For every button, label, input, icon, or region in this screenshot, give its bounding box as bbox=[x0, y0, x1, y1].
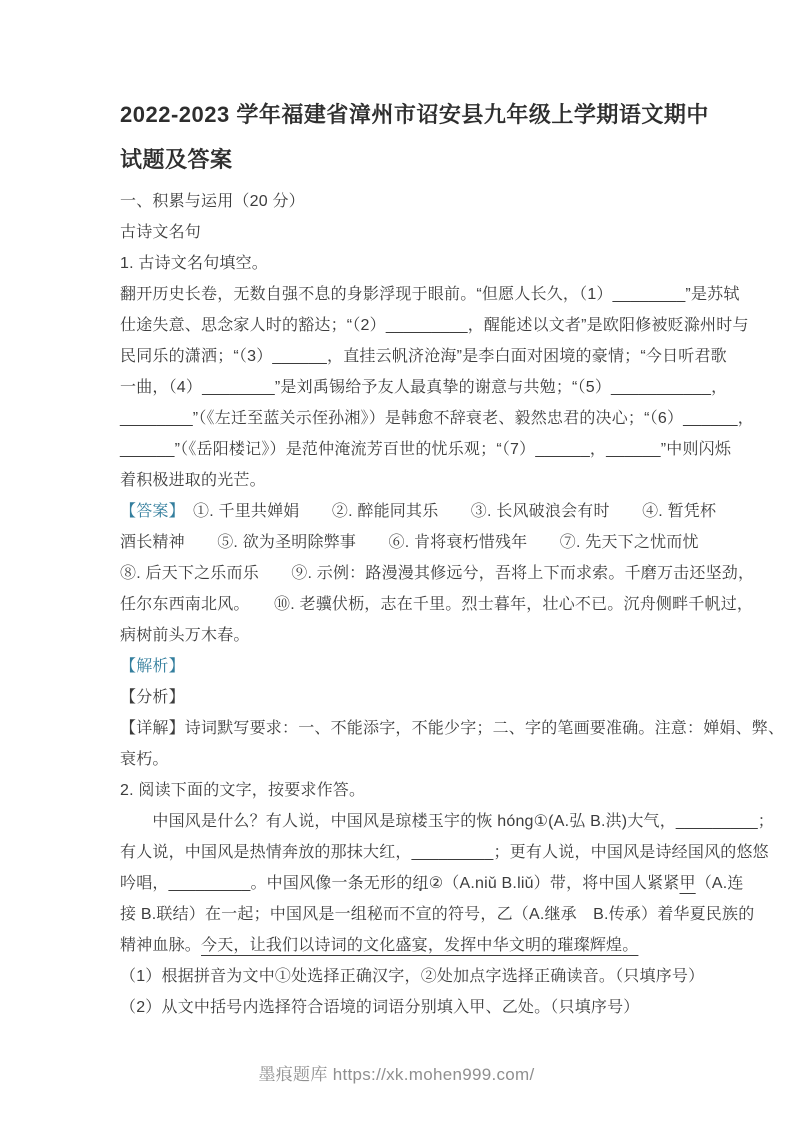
text-segment: 民同乐的潇洒；“（3）______，直挂云帆济沧海”是李白面对困境的豪情；“今日… bbox=[120, 348, 727, 365]
passage-line: 中国风是什么？有人说，中国风是琼楼玉宇的恢 hóng①(A.弘 B.洪)大气，_… bbox=[120, 806, 693, 837]
page-title: 2022-2023 学年福建省漳州市诏安县九年级上学期语文期中 试题及答案 bbox=[120, 92, 693, 182]
passage-line: 精神血脉。今天，让我们以诗词的文化盛宴，发挥中华文明的璀璨辉煌。 bbox=[120, 930, 693, 961]
text-segment: 衰朽。 bbox=[120, 751, 169, 768]
passage-line: 一曲，（4）________”是刘禹锡给予友人最真挚的谢意与共勉；“（5）___… bbox=[120, 372, 693, 403]
passage-line: 有人说，中国风是热情奔放的那抹大红，_________；更有人说，中国风是诗经国… bbox=[120, 837, 693, 868]
page-title-line-1: 2022-2023 学年福建省漳州市诏安县九年级上学期语文期中 bbox=[120, 92, 693, 137]
text-segment: （2）从文中括号内选择符合语境的词语分别填入甲、乙处。（只填序号） bbox=[120, 999, 640, 1016]
text-segment: 有人说，中国风是热情奔放的那抹大红，_________；更有人说，中国风是诗经国… bbox=[120, 844, 769, 861]
passage-line: 接 B.联结）在一起；中国风是一组秘而不宣的符号，乙（A.继承 B.传承）着华夏… bbox=[120, 899, 693, 930]
page-title-line-2: 试题及答案 bbox=[120, 137, 693, 182]
footer-url: https://xk.mohen999.com/ bbox=[333, 1065, 535, 1084]
passage-line: 民同乐的潇洒；“（3）______，直挂云帆济沧海”是李白面对困境的豪情；“今日… bbox=[120, 341, 693, 372]
text-segment: （1）根据拼音为文中①处选择正确汉字，②处加点字选择正确读音。（只填序号） bbox=[120, 968, 704, 985]
text-segment: ________”（《左迁至蓝关示侄孙湘》）是韩愈不辞衰老、毅然忠君的决心；“（… bbox=[120, 410, 754, 427]
text-segment: （A.连 bbox=[696, 875, 744, 892]
passage-line: 翻开历史长卷，无数自强不息的身影浮现于眼前。“但愿人长久，（1）________… bbox=[120, 279, 693, 310]
text-segment: 吟唱，_________。中国风像一条无形的 bbox=[120, 875, 413, 892]
passage-line: 吟唱，_________。中国风像一条无形的纽②（A.niǔ B.liǔ）带，将… bbox=[120, 868, 693, 899]
footer-watermark: 墨痕题库 https://xk.mohen999.com/ bbox=[0, 1063, 793, 1087]
explanation-line: 【详解】诗词默写要求：一、不能添字，不能少字；二、字的笔画要准确。注意：婵娟、弊… bbox=[120, 713, 693, 744]
text-segment: 【分析】 bbox=[120, 689, 185, 706]
text-segment: 酒长精神 ⑤. 欲为圣明除弊事 ⑥. 肯将衰朽惜残年 ⑦. 先天下之忧而忧 bbox=[120, 534, 699, 551]
text-segment: 中国风是什么？有人说，中国风是琼楼玉宇的恢 hóng①(A.弘 B.洪)大气，_… bbox=[120, 813, 774, 830]
answer-line: 酒长精神 ⑤. 欲为圣明除弊事 ⑥. 肯将衰朽惜残年 ⑦. 先天下之忧而忧 bbox=[120, 527, 693, 558]
answer-line: 病树前头万木春。 bbox=[120, 620, 693, 651]
question-2-stem: 2. 阅读下面的文字，按要求作答。 bbox=[120, 775, 693, 806]
answer-line: ⑧. 后天下之乐而乐 ⑨. 示例：路漫漫其修远兮，吾将上下而求索。千磨万击还坚劲… bbox=[120, 558, 693, 589]
text-segment: 着积极进取的光芒。 bbox=[120, 472, 266, 489]
sub-question-line: （2）从文中括号内选择符合语境的词语分别填入甲、乙处。（只填序号） bbox=[120, 992, 693, 1023]
text-segment: 1. 古诗文名句填空。 bbox=[120, 255, 268, 272]
text-segment: 2. 阅读下面的文字，按要求作答。 bbox=[120, 782, 365, 799]
footer-site-name: 墨痕题库 bbox=[258, 1065, 327, 1084]
passage-line: ________”（《左迁至蓝关示侄孙湘》）是韩愈不辞衰老、毅然忠君的决心；“（… bbox=[120, 403, 693, 434]
underline-segment: 甲 bbox=[680, 875, 696, 892]
text-segment: 【详解】诗词默写要求：一、不能添字，不能少字；二、字的笔画要准确。注意：婵娟、弊… bbox=[120, 720, 784, 737]
answer-line: 【答案】 ①. 千里共婵娟 ②. 醉能同其乐 ③. 长风破浪会有时 ④. 暂凭杯 bbox=[120, 496, 693, 527]
text-segment: ①. 千里共婵娟 ②. 醉能同其乐 ③. 长风破浪会有时 ④. 暂凭杯 bbox=[177, 503, 716, 520]
text-segment: ⑧. 后天下之乐而乐 ⑨. 示例：路漫漫其修远兮，吾将上下而求索。千磨万击还坚劲… bbox=[120, 565, 754, 582]
accent-segment: 【答案】 bbox=[120, 503, 177, 520]
subsection-label: 古诗文名句 bbox=[120, 217, 693, 248]
dotchar-segment: 纽 bbox=[413, 868, 429, 899]
passage-line: ______”（《岳阳楼记》）是范仲淹流芳百世的忧乐观；“（7）______，_… bbox=[120, 434, 693, 465]
analysis-label: 【分析】 bbox=[120, 682, 693, 713]
text-segment: 一曲，（4）________”是刘禹锡给予友人最真挚的谢意与共勉；“（5）___… bbox=[120, 379, 727, 396]
accent-segment: 【解析】 bbox=[120, 658, 185, 675]
sub-question-line: （1）根据拼音为文中①处选择正确汉字，②处加点字选择正确读音。（只填序号） bbox=[120, 961, 693, 992]
answer-line: 任尔东西南北风。 ⑩. 老骥伏枥，志在千里。烈士暮年，壮心不已。沉舟侧畔千帆过， bbox=[120, 589, 693, 620]
text-segment: 任尔东西南北风。 ⑩. 老骥伏枥，志在千里。烈士暮年，壮心不已。沉舟侧畔千帆过， bbox=[120, 596, 753, 613]
text-segment: 仕途失意、思念家人时的豁达；“（2）_________，醒能述以文者”是欧阳修被… bbox=[120, 317, 749, 334]
document-body: 一、积累与运用（20 分）古诗文名句1. 古诗文名句填空。翻开历史长卷，无数自强… bbox=[120, 186, 693, 1023]
text-segment: 接 B.联结）在一起；中国风是一组秘而不宣的符号，乙（A.继承 B.传承）着华夏… bbox=[120, 906, 754, 923]
passage-line: 仕途失意、思念家人时的豁达；“（2）_________，醒能述以文者”是欧阳修被… bbox=[120, 310, 693, 341]
text-segment: ②（A.niǔ B.liǔ）带，将中国人紧紧 bbox=[429, 875, 680, 892]
passage-line: 着积极进取的光芒。 bbox=[120, 465, 693, 496]
text-segment: ______”（《岳阳楼记》）是范仲淹流芳百世的忧乐观；“（7）______，_… bbox=[120, 441, 731, 458]
question-1-stem: 1. 古诗文名句填空。 bbox=[120, 248, 693, 279]
text-segment: 病树前头万木春。 bbox=[120, 627, 250, 644]
text-segment: 一、积累与运用（20 分） bbox=[120, 193, 305, 210]
analysis-label: 【解析】 bbox=[120, 651, 693, 682]
underline-segment: 今天，让我们以诗词的文化盛宴，发挥中华文明的璀璨辉煌。 bbox=[201, 937, 638, 954]
exam-paper-page: 2022-2023 学年福建省漳州市诏安县九年级上学期语文期中 试题及答案 一、… bbox=[0, 0, 793, 1122]
text-segment: 翻开历史长卷，无数自强不息的身影浮现于眼前。“但愿人长久，（1）________… bbox=[120, 286, 740, 303]
explanation-line: 衰朽。 bbox=[120, 744, 693, 775]
text-segment: 古诗文名句 bbox=[120, 224, 201, 241]
text-segment: 精神血脉。 bbox=[120, 937, 201, 954]
section-heading: 一、积累与运用（20 分） bbox=[120, 186, 693, 217]
